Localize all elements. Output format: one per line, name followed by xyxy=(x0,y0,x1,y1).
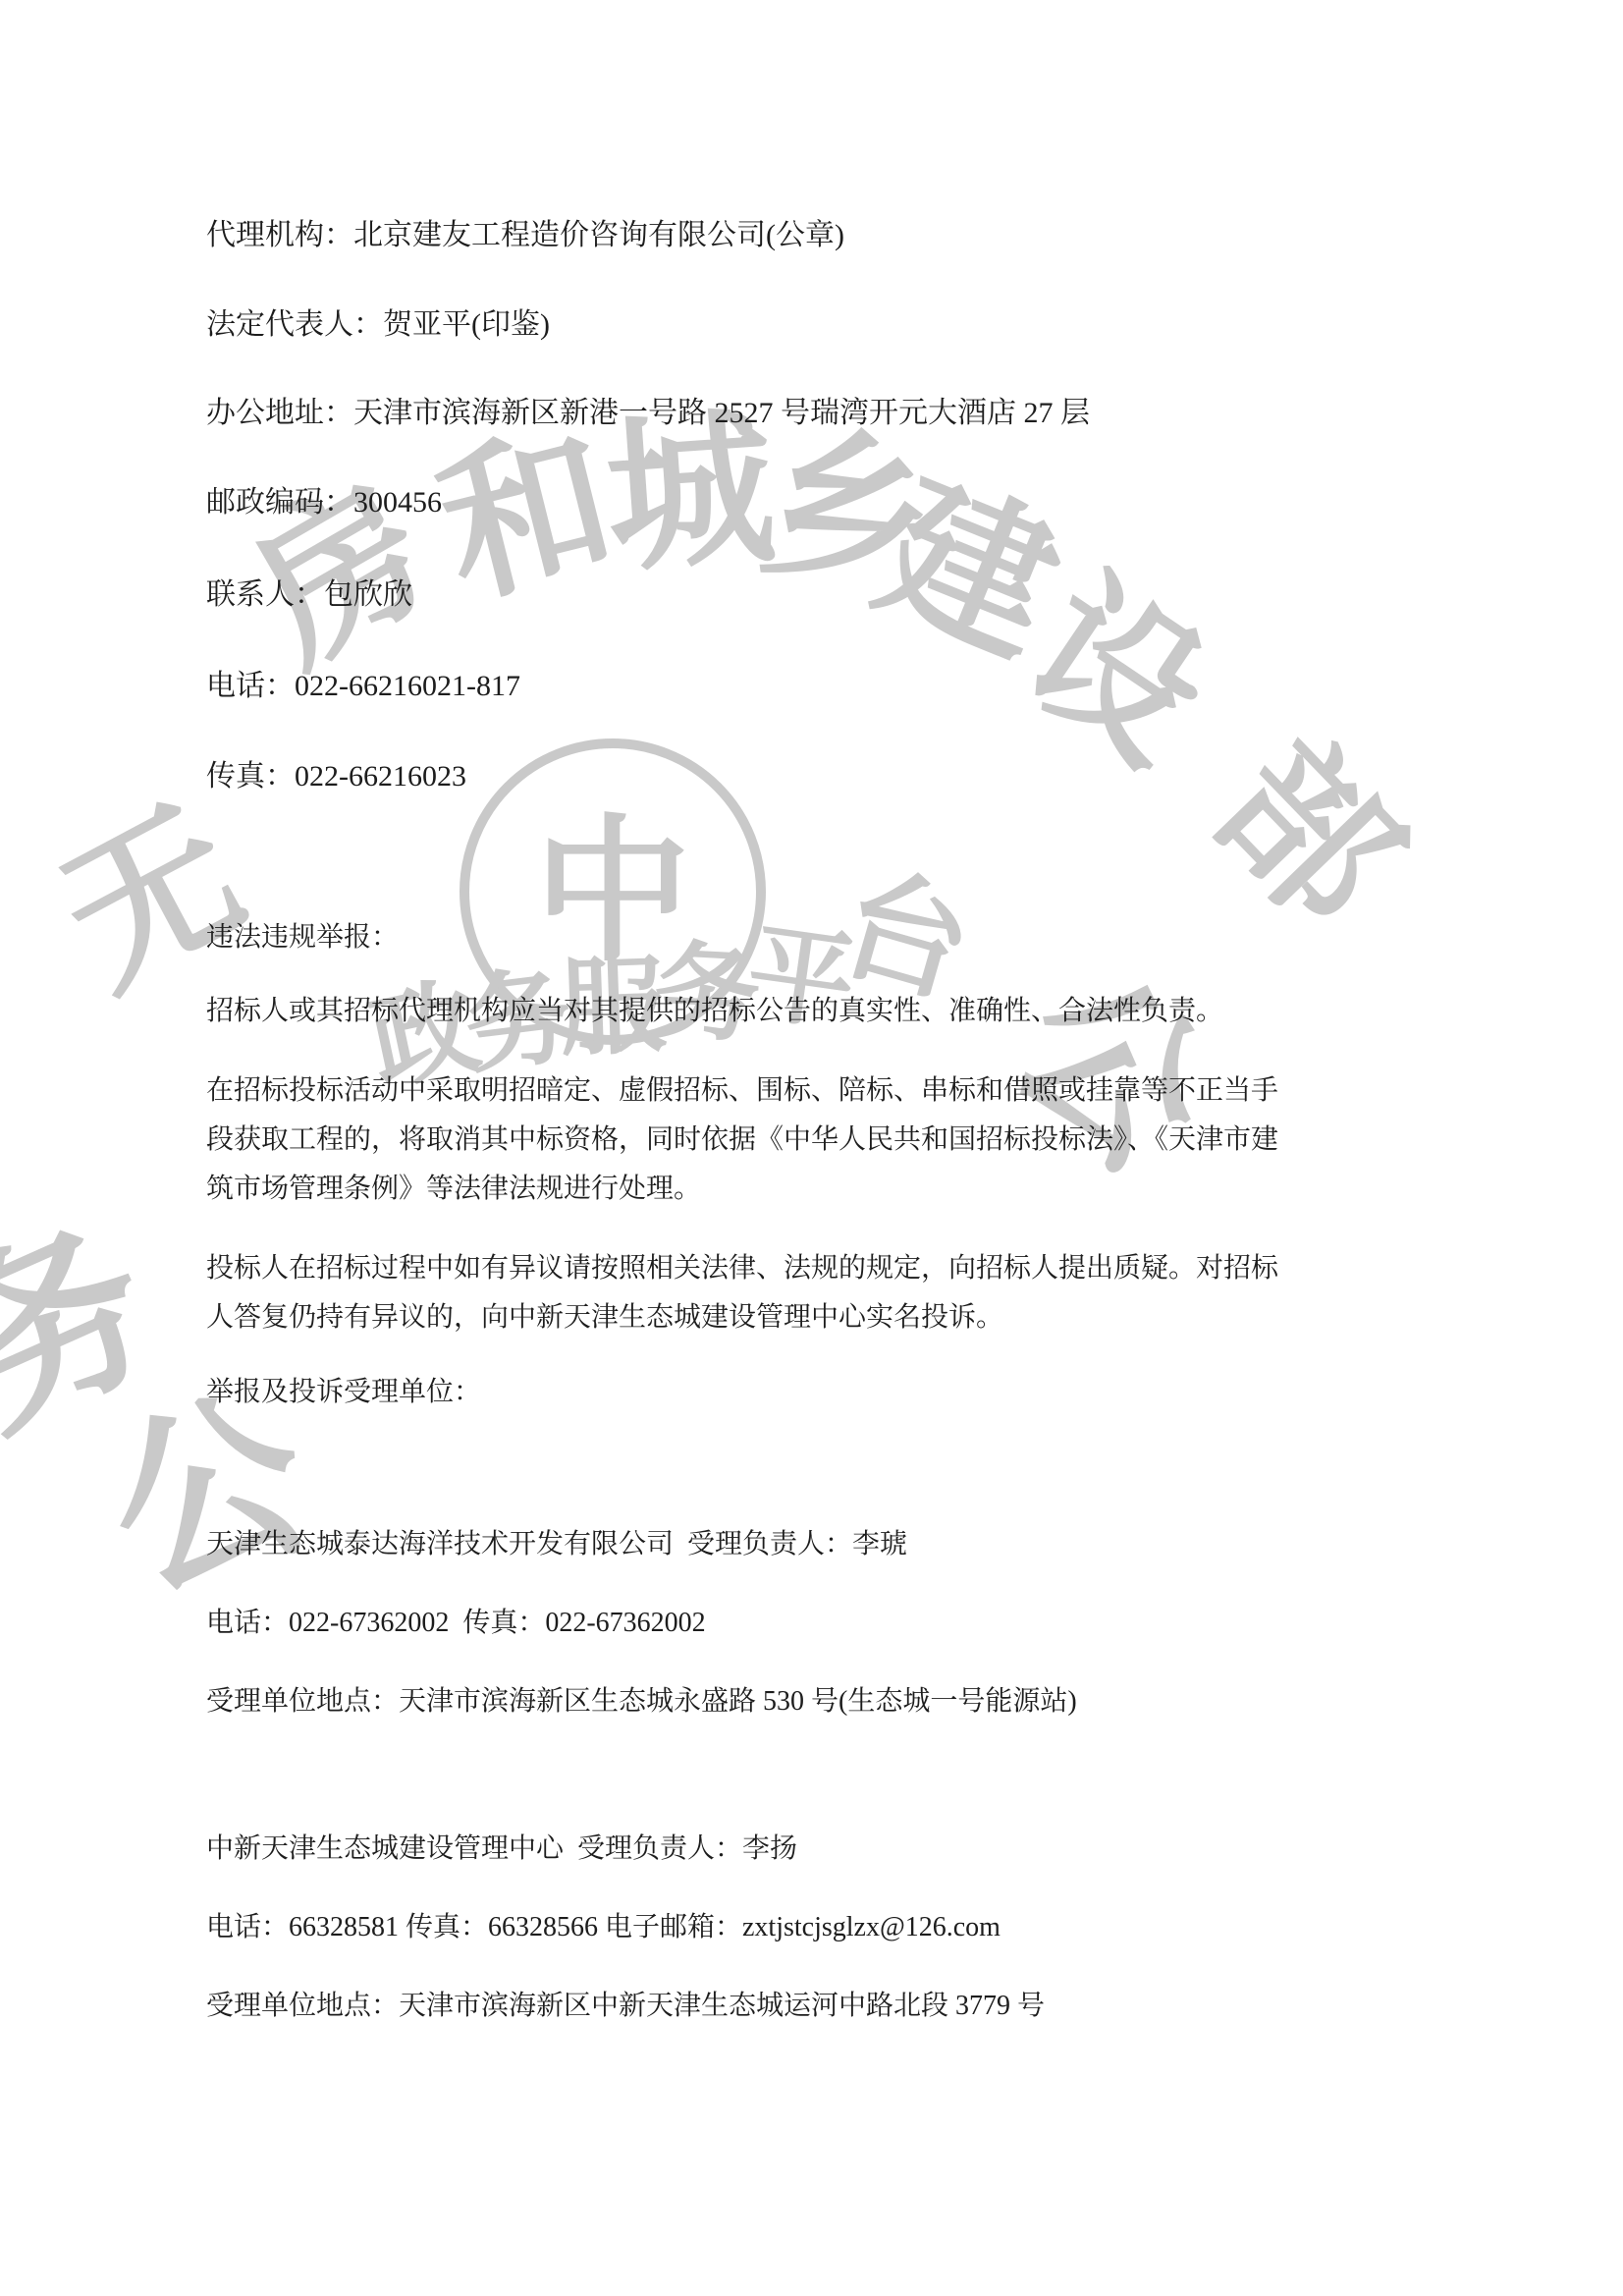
unit2-address: 受理单位地点：天津市滨海新区中新天津生态城运河中路北段 3779 号 xyxy=(206,1990,1045,2023)
postal-code-line: 邮政编码：300456 xyxy=(206,485,442,520)
unit1-address: 受理单位地点：天津市滨海新区生态城永盛路 530 号(生态城一号能源站) xyxy=(206,1685,1077,1719)
report-para2-line: 在招标投标活动中采取明招暗定、虚假招标、围标、陪标、串标和借照或挂靠等不正当手 xyxy=(206,1074,1278,1108)
unit1-name: 天津生态城泰达海洋技术开发有限公司 受理负责人：李琥 xyxy=(206,1528,907,1561)
document-page: 无 房 和 城 乡 建 设 部 中 政 务 服 务 平 台 务 公 公 代理机构… xyxy=(0,0,1623,2296)
report-para1: 招标人或其招标代理机构应当对其提供的招标公告的真实性、准确性、合法性负责。 xyxy=(206,995,1223,1028)
phone-line: 电话：022-66216021-817 xyxy=(206,669,520,704)
legal-rep-line: 法定代表人：贺亚平(印鉴) xyxy=(206,307,550,343)
unit1-phone-fax: 电话：022-67362002 传真：022-67362002 xyxy=(206,1607,706,1640)
unit2-phone-fax: 电话：66328581 传真：66328566 电子邮箱：zxtjstcjsgl… xyxy=(206,1911,1001,1944)
report-title: 违法违规举报： xyxy=(206,921,399,955)
fax-line: 传真：022-66216023 xyxy=(206,759,466,794)
units-label: 举报及投诉受理单位： xyxy=(206,1376,481,1409)
report-para2-line: 段获取工程的，将取消其中标资格，同时依据《中华人民共和国招标投标法》、《天津市建 xyxy=(206,1123,1278,1157)
agency-line: 代理机构：北京建友工程造价咨询有限公司(公章) xyxy=(206,218,844,253)
document-body: 代理机构：北京建友工程造价咨询有限公司(公章) 法定代表人：贺亚平(印鉴) 办公… xyxy=(0,0,1623,2296)
report-para3-line: 投标人在招标过程中如有异议请按照相关法律、法规的规定，向招标人提出质疑。对招标 xyxy=(206,1252,1278,1285)
unit2-name: 中新天津生态城建设管理中心 受理负责人：李扬 xyxy=(206,1832,797,1866)
contact-line: 联系人：包欣欣 xyxy=(206,577,412,613)
report-para3-line: 人答复仍持有异议的，向中新天津生态城建设管理中心实名投诉。 xyxy=(206,1301,1003,1335)
report-para2-line: 筑市场管理条例》等法律法规进行处理。 xyxy=(206,1173,701,1206)
office-address-line: 办公地址：天津市滨海新区新港一号路 2527 号瑞湾开元大酒店 27 层 xyxy=(206,396,1090,431)
